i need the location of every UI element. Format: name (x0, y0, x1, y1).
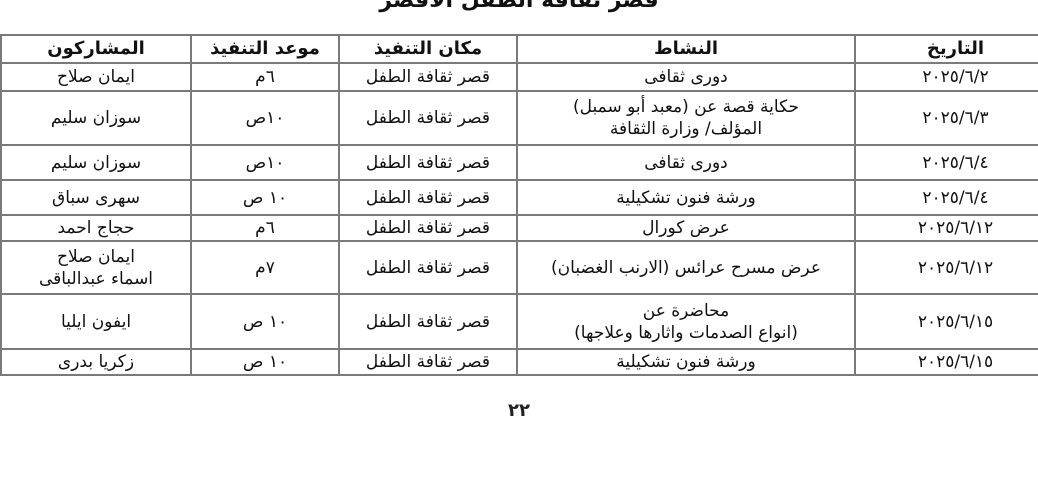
cell-activity-line: (انواع الصدمات واثارها وعلاجها) (524, 322, 848, 344)
cell-activity-line: محاضرة عن (524, 300, 848, 322)
cell-participants: زكريا بدرى (1, 349, 191, 375)
table-row: ٢٠٢٥/٦/٣حكاية قصة عن (معبد أبو سمبل)المؤ… (1, 91, 1038, 145)
cell-activity: عرض مسرح عرائس (الارنب الغضبان) (517, 241, 855, 294)
cell-date: ٢٠٢٥/٦/١٥ (855, 294, 1038, 349)
cell-place: قصر ثقافة الطفل (339, 91, 517, 145)
cell-time: ١٠ ص (191, 349, 339, 375)
table-header-row: التاريخ النشاط مكان التنفيذ موعد التنفيذ… (1, 35, 1038, 63)
cell-activity: حكاية قصة عن (معبد أبو سمبل)المؤلف/ وزار… (517, 91, 855, 145)
activity-schedule-table: التاريخ النشاط مكان التنفيذ موعد التنفيذ… (0, 34, 1038, 376)
table-row: ٢٠٢٥/٦/٤ورشة فنون تشكيليةقصر ثقافة الطفل… (1, 180, 1038, 215)
cell-participants: سهرى سباق (1, 180, 191, 215)
cell-date: ٢٠٢٥/٦/٤ (855, 145, 1038, 180)
cell-activity: ورشة فنون تشكيلية (517, 180, 855, 215)
cell-place: قصر ثقافة الطفل (339, 145, 517, 180)
cell-participants-line: ايمان صلاح (8, 246, 184, 268)
header-participants: المشاركون (1, 35, 191, 63)
cell-date: ٢٠٢٥/٦/١٥ (855, 349, 1038, 375)
cell-activity: محاضرة عن(انواع الصدمات واثارها وعلاجها) (517, 294, 855, 349)
cell-activity-line: عرض مسرح عرائس (الارنب الغضبان) (524, 257, 848, 279)
table-row: ٢٠٢٥/٦/١٥محاضرة عن(انواع الصدمات واثارها… (1, 294, 1038, 349)
cell-participants: ايفون ايليا (1, 294, 191, 349)
cell-activity: دورى ثقافى (517, 63, 855, 91)
table-body: ٢٠٢٥/٦/٢دورى ثقافىقصر ثقافة الطفل٦مايمان… (1, 63, 1038, 375)
cell-place: قصر ثقافة الطفل (339, 349, 517, 375)
cell-time: ٧م (191, 241, 339, 294)
header-activity: النشاط (517, 35, 855, 63)
document-title: قصر ثقافة الطفل الأقصر (0, 0, 1038, 16)
cell-participants: ايمان صلاحاسماء عبدالباقى (1, 241, 191, 294)
table-row: ٢٠٢٥/٦/١٢عرض مسرح عرائس (الارنب الغضبان)… (1, 241, 1038, 294)
table-row: ٢٠٢٥/٦/٤دورى ثقافىقصر ثقافة الطفل١٠صسوزا… (1, 145, 1038, 180)
cell-date: ٢٠٢٥/٦/١٢ (855, 241, 1038, 294)
table-row: ٢٠٢٥/٦/١٥ورشة فنون تشكيليةقصر ثقافة الطف… (1, 349, 1038, 375)
cell-date: ٢٠٢٥/٦/١٢ (855, 215, 1038, 241)
cell-participants-line: ايفون ايليا (8, 311, 184, 333)
cell-time: ١٠ ص (191, 180, 339, 215)
cell-activity-line: دورى ثقافى (524, 152, 848, 174)
header-place: مكان التنفيذ (339, 35, 517, 63)
cell-participants-line: حجاج احمد (8, 217, 184, 239)
page-number: ٢٢ (0, 400, 1038, 421)
cell-activity-line: المؤلف/ وزارة الثقافة (524, 118, 848, 140)
header-time: موعد التنفيذ (191, 35, 339, 63)
cell-date: ٢٠٢٥/٦/٢ (855, 63, 1038, 91)
cell-time: ١٠ص (191, 145, 339, 180)
cell-activity: ورشة فنون تشكيلية (517, 349, 855, 375)
cell-activity: عرض كورال (517, 215, 855, 241)
cell-time: ١٠ ص (191, 294, 339, 349)
cell-place: قصر ثقافة الطفل (339, 180, 517, 215)
cell-date: ٢٠٢٥/٦/٤ (855, 180, 1038, 215)
cell-place: قصر ثقافة الطفل (339, 241, 517, 294)
cell-participants-line: اسماء عبدالباقى (8, 268, 184, 290)
cell-activity-line: ورشة فنون تشكيلية (524, 351, 848, 373)
cell-participants: سوزان سليم (1, 145, 191, 180)
cell-activity-line: دورى ثقافى (524, 66, 848, 88)
cell-place: قصر ثقافة الطفل (339, 63, 517, 91)
cell-activity-line: عرض كورال (524, 217, 848, 239)
cell-participants: سوزان سليم (1, 91, 191, 145)
cell-time: ١٠ص (191, 91, 339, 145)
cell-participants-line: سهرى سباق (8, 187, 184, 209)
cell-participants-line: سوزان سليم (8, 152, 184, 174)
cell-date: ٢٠٢٥/٦/٣ (855, 91, 1038, 145)
table-row: ٢٠٢٥/٦/٢دورى ثقافىقصر ثقافة الطفل٦مايمان… (1, 63, 1038, 91)
cell-time: ٦م (191, 63, 339, 91)
cell-activity-line: حكاية قصة عن (معبد أبو سمبل) (524, 96, 848, 118)
cell-time: ٦م (191, 215, 339, 241)
cell-place: قصر ثقافة الطفل (339, 215, 517, 241)
cell-activity-line: ورشة فنون تشكيلية (524, 187, 848, 209)
cell-participants-line: ايمان صلاح (8, 66, 184, 88)
cell-activity: دورى ثقافى (517, 145, 855, 180)
table-row: ٢٠٢٥/٦/١٢عرض كورالقصر ثقافة الطفل٦محجاج … (1, 215, 1038, 241)
cell-participants-line: زكريا بدرى (8, 351, 184, 373)
cell-participants-line: سوزان سليم (8, 107, 184, 129)
header-date: التاريخ (855, 35, 1038, 63)
cell-place: قصر ثقافة الطفل (339, 294, 517, 349)
cell-participants: حجاج احمد (1, 215, 191, 241)
cell-participants: ايمان صلاح (1, 63, 191, 91)
